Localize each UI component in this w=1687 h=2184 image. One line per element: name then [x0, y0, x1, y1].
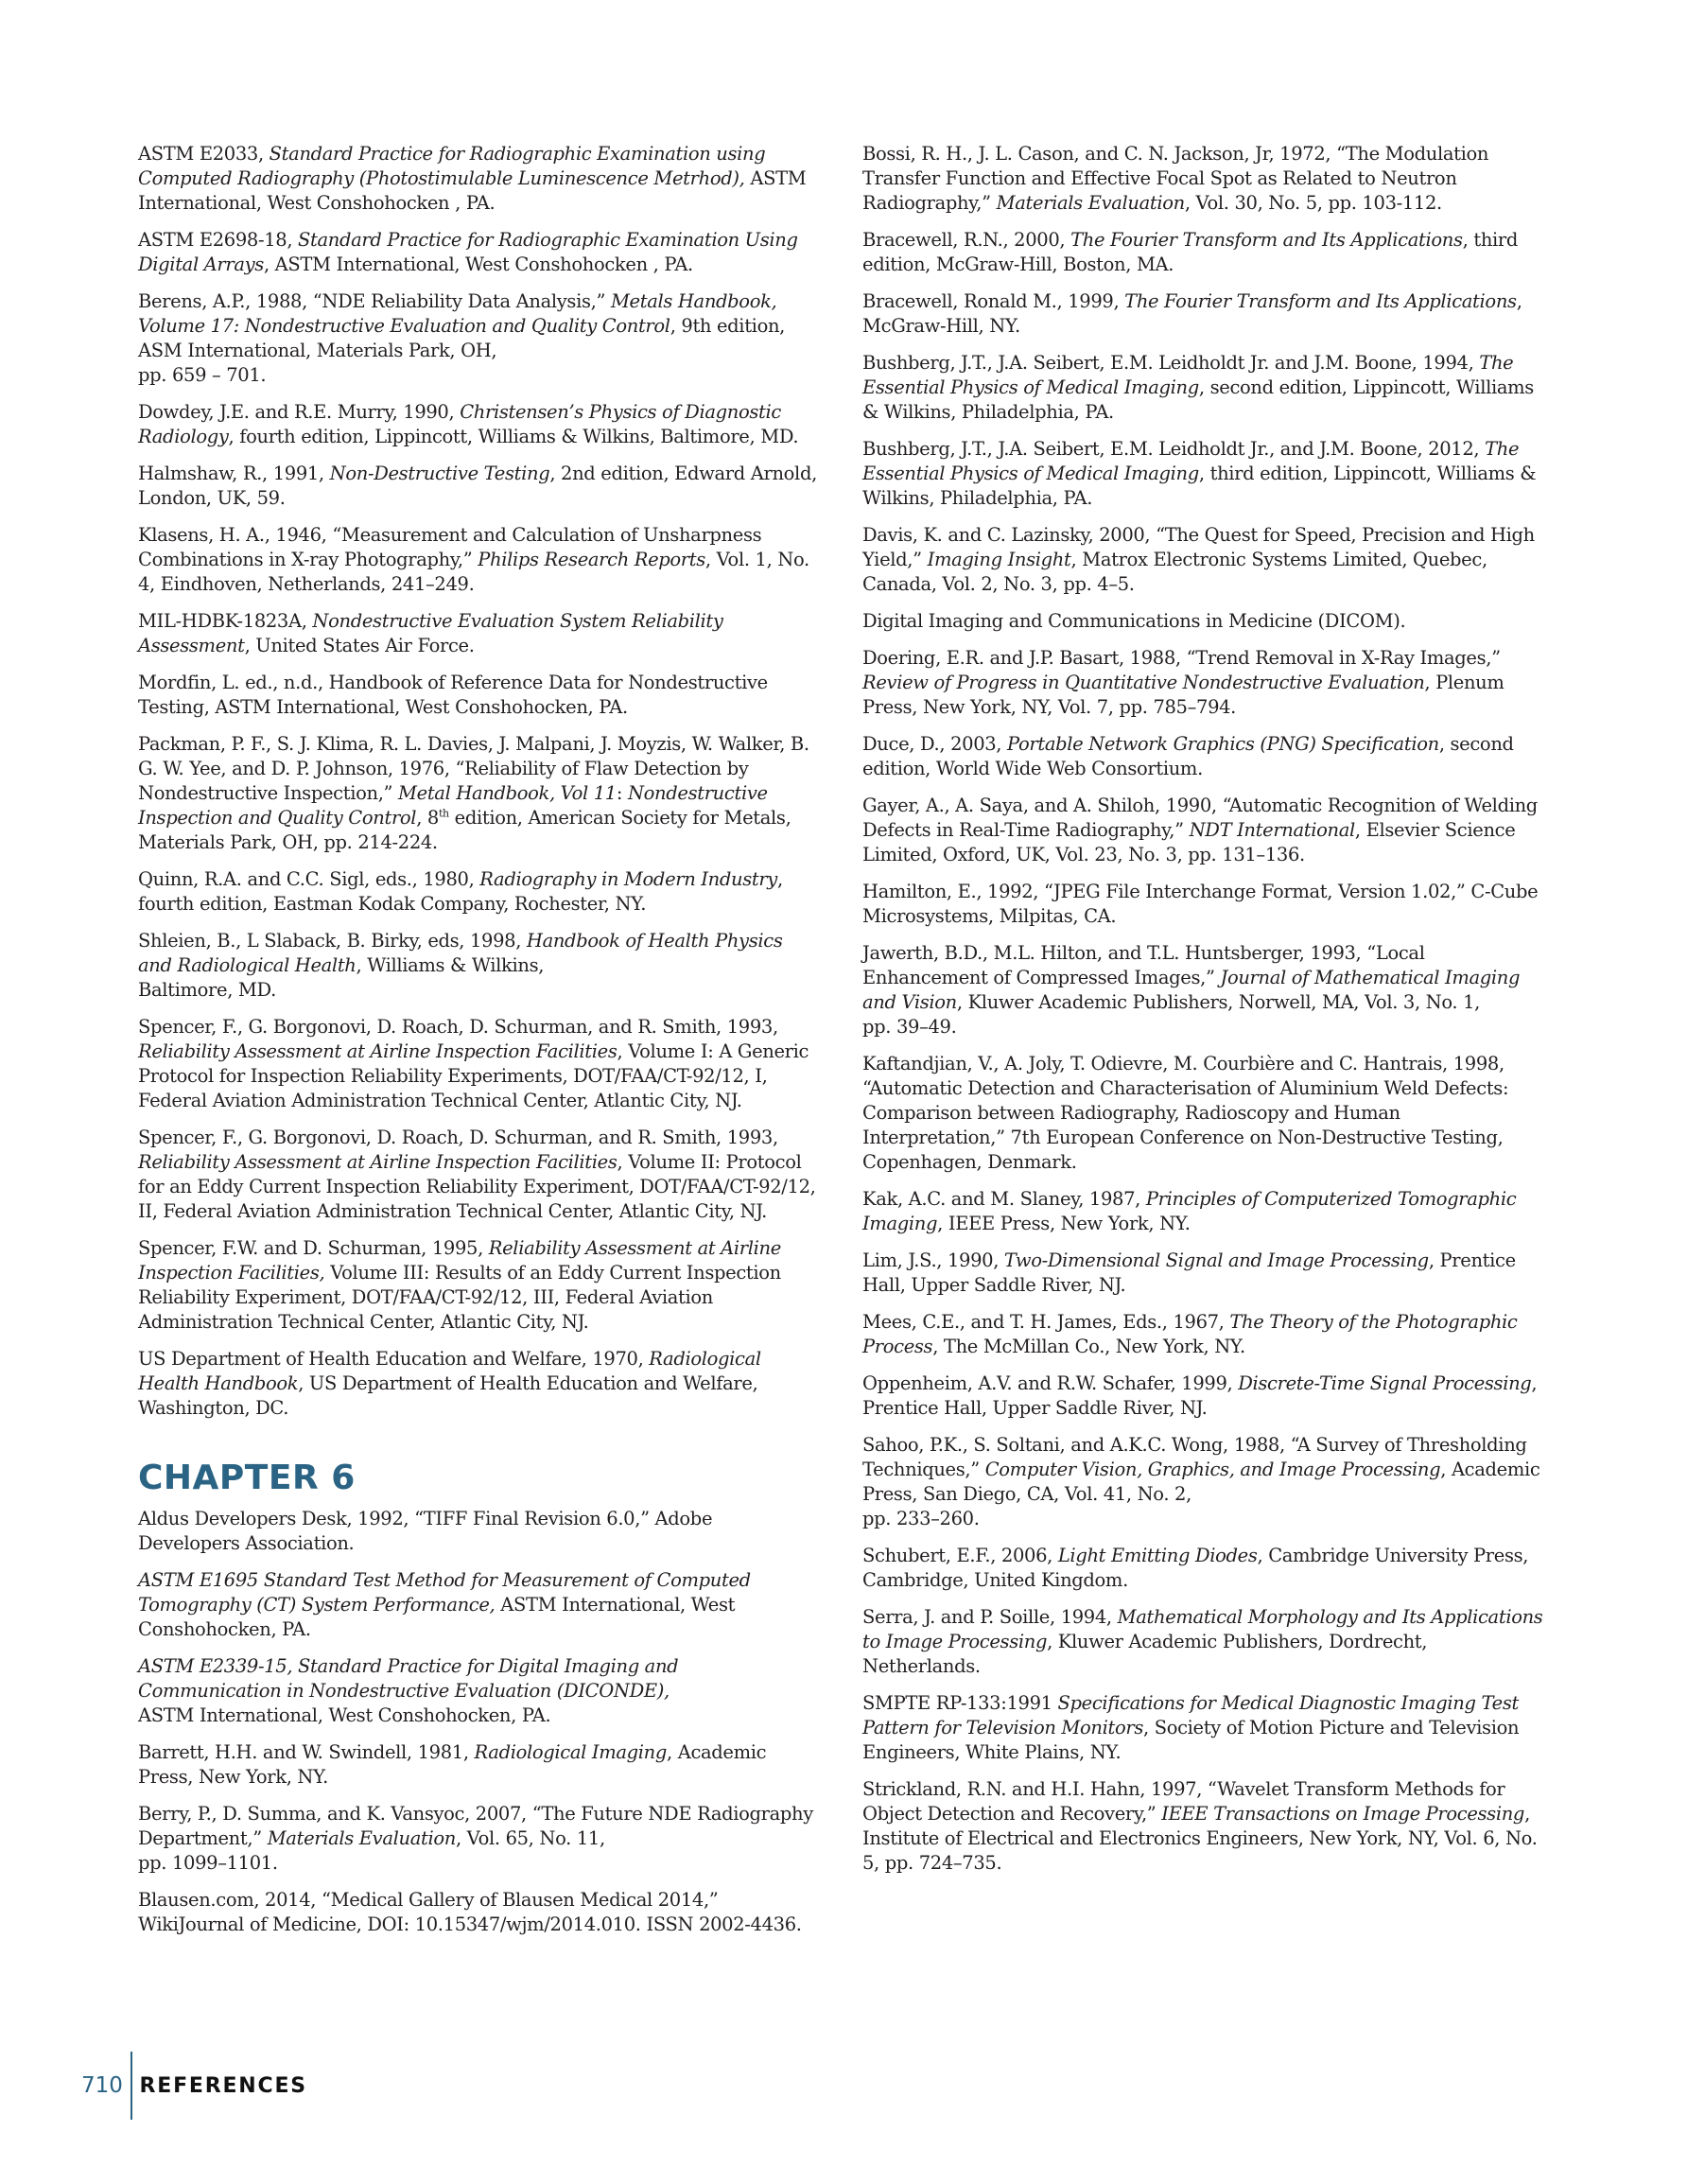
page-footer: 710 REFERENCES — [81, 2053, 307, 2119]
reference-entry: Blausen.com, 2014, “Medical Gallery of B… — [138, 1888, 819, 1937]
right-column: Bossi, R. H., J. L. Cason, and C. N. Jac… — [862, 142, 1543, 1888]
reference-entry: Shleien, B., L Slaback, B. Birky, eds, 1… — [138, 929, 819, 1003]
reference-entry: Bossi, R. H., J. L. Cason, and C. N. Jac… — [862, 142, 1543, 216]
reference-list-before-chapter: ASTM E2033, Standard Practice for Radiog… — [138, 142, 819, 1421]
reference-entry: Sahoo, P.K., S. Soltani, and A.K.C. Wong… — [862, 1433, 1543, 1531]
reference-entry: Mees, C.E., and T. H. James, Eds., 1967,… — [862, 1310, 1543, 1359]
reference-entry: Halmshaw, R., 1991, Non-Destructive Test… — [138, 462, 819, 511]
left-column: ASTM E2033, Standard Practice for Radiog… — [138, 142, 819, 1949]
reference-entry: Bracewell, Ronald M., 1999, The Fourier … — [862, 289, 1543, 339]
reference-entry: ASTM E1695 Standard Test Method for Meas… — [138, 1568, 819, 1642]
reference-list-chapter-6: Aldus Developers Desk, 1992, “TIFF Final… — [138, 1507, 819, 1937]
reference-entry: MIL-HDBK-1823A, Nondestructive Evaluatio… — [138, 609, 819, 658]
reference-entry: Hamilton, E., 1992, “JPEG File Interchan… — [862, 880, 1543, 929]
reference-entry: Lim, J.S., 1990, Two-Dimensional Signal … — [862, 1249, 1543, 1298]
reference-entry: Bracewell, R.N., 2000, The Fourier Trans… — [862, 228, 1543, 277]
reference-entry: Spencer, F., G. Borgonovi, D. Roach, D. … — [138, 1015, 819, 1113]
reference-entry: Gayer, A., A. Saya, and A. Shiloh, 1990,… — [862, 794, 1543, 867]
reference-entry: Kaftandjian, V., A. Joly, T. Odievre, M.… — [862, 1052, 1543, 1175]
reference-entry: Schubert, E.F., 2006, Light Emitting Dio… — [862, 1544, 1543, 1593]
reference-entry: Packman, P. F., S. J. Klima, R. L. Davie… — [138, 732, 819, 855]
running-title: REFERENCES — [140, 2074, 307, 2098]
reference-entry: Bushberg, J.T., J.A. Seibert, E.M. Leidh… — [862, 437, 1543, 511]
reference-entry: Davis, K. and C. Lazinsky, 2000, “The Qu… — [862, 523, 1543, 597]
reference-entry: Klasens, H. A., 1946, “Measurement and C… — [138, 523, 819, 597]
reference-entry: Doering, E.R. and J.P. Basart, 1988, “Tr… — [862, 646, 1543, 720]
reference-entry: Mordfin, L. ed., n.d., Handbook of Refer… — [138, 671, 819, 720]
reference-entry: Spencer, F.W. and D. Schurman, 1995, Rel… — [138, 1236, 819, 1335]
reference-entry: SMPTE RP-133:1991 Specifications for Med… — [862, 1691, 1543, 1765]
reference-entry: Spencer, F., G. Borgonovi, D. Roach, D. … — [138, 1126, 819, 1224]
reference-entry: ASTM E2033, Standard Practice for Radiog… — [138, 142, 819, 216]
reference-entry: Berens, A.P., 1988, “NDE Reliability Dat… — [138, 289, 819, 388]
reference-entry: Bushberg, J.T., J.A. Seibert, E.M. Leidh… — [862, 351, 1543, 425]
reference-list-right: Bossi, R. H., J. L. Cason, and C. N. Jac… — [862, 142, 1543, 1876]
reference-entry: Berry, P., D. Summa, and K. Vansyoc, 200… — [138, 1802, 819, 1876]
reference-entry: US Department of Health Education and We… — [138, 1347, 819, 1421]
reference-entry: Serra, J. and P. Soille, 1994, Mathemati… — [862, 1605, 1543, 1679]
reference-entry: Aldus Developers Desk, 1992, “TIFF Final… — [138, 1507, 819, 1556]
chapter-heading: CHAPTER 6 — [138, 1459, 819, 1497]
reference-entry: Quinn, R.A. and C.C. Sigl, eds., 1980, R… — [138, 867, 819, 917]
page-number: 710 — [81, 2073, 130, 2098]
reference-entry: Digital Imaging and Communications in Me… — [862, 609, 1543, 634]
footer-divider — [130, 2052, 132, 2120]
reference-entry: ASTM E2339-15, Standard Practice for Dig… — [138, 1654, 819, 1728]
reference-entry: Dowdey, J.E. and R.E. Murry, 1990, Chris… — [138, 400, 819, 449]
reference-entry: Kak, A.C. and M. Slaney, 1987, Principle… — [862, 1187, 1543, 1236]
reference-entry: ASTM E2698-18, Standard Practice for Rad… — [138, 228, 819, 277]
reference-entry: Barrett, H.H. and W. Swindell, 1981, Rad… — [138, 1740, 819, 1790]
reference-entry: Duce, D., 2003, Portable Network Graphic… — [862, 732, 1543, 781]
reference-entry: Jawerth, B.D., M.L. Hilton, and T.L. Hun… — [862, 941, 1543, 1040]
reference-entry: Strickland, R.N. and H.I. Hahn, 1997, “W… — [862, 1777, 1543, 1876]
reference-entry: Oppenheim, A.V. and R.W. Schafer, 1999, … — [862, 1372, 1543, 1421]
